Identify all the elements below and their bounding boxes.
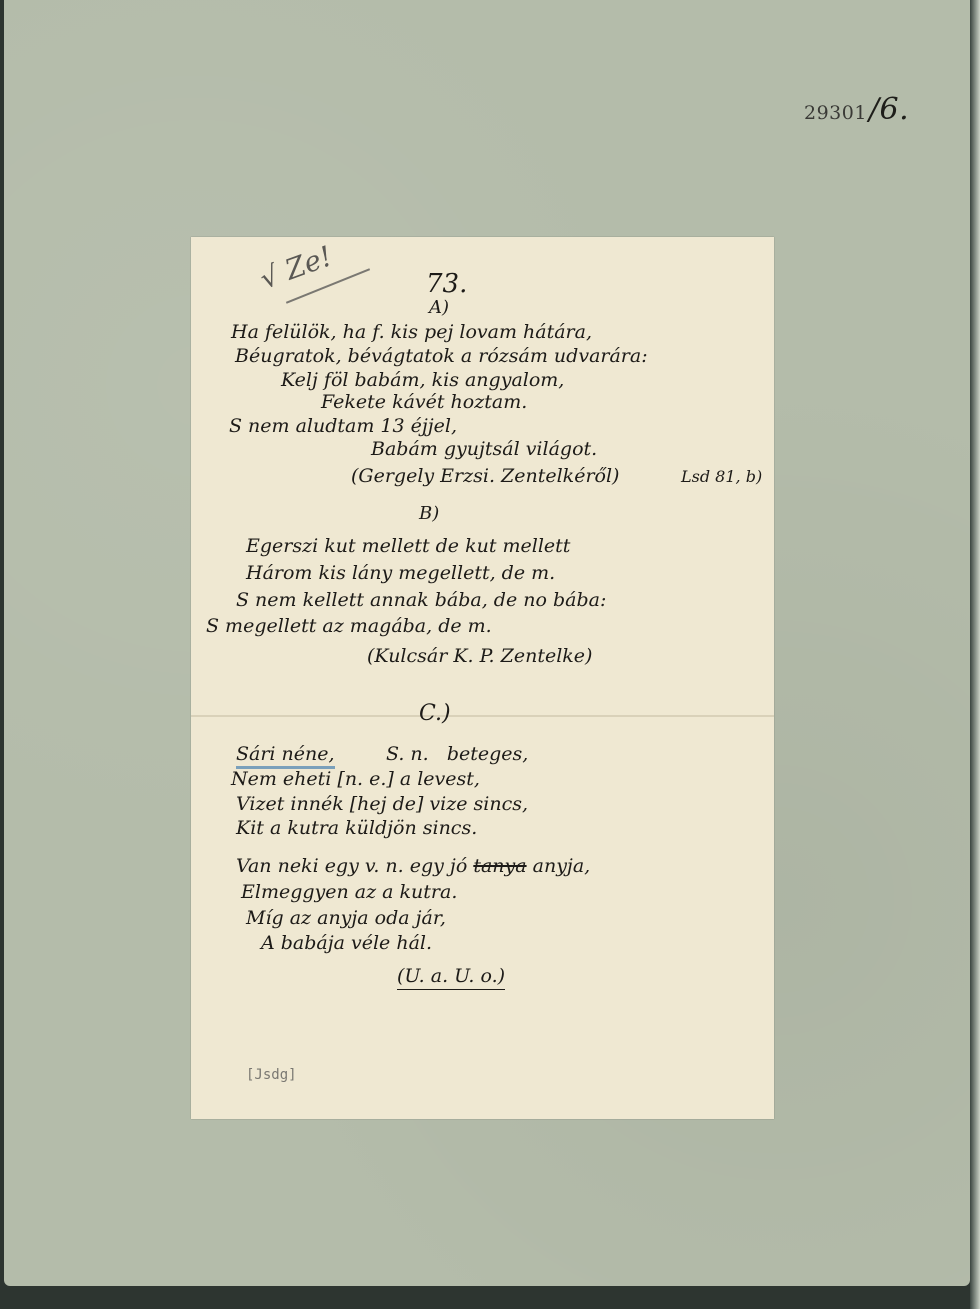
section-a-line-1: Ha felülök, ha f. kis pej lovam hátára, [231,323,592,342]
section-c-label: C.) [419,703,451,725]
section-c-line-7: Míg az anyja oda jár, [246,909,446,928]
section-a-line-2: Béugratok, bévágtatok a rózsám udvarára: [235,347,648,366]
blue-underlined-text: Sári néne, [236,743,335,769]
pencil-bracket-note: [Jsdg] [246,1067,297,1083]
section-c-line-5-before: Van neki egy v. n. egy jó [236,855,467,877]
section-c-line-4: Kit a kutra küldjön sincs. [236,819,477,838]
section-c-line-5-after: anyja, [533,855,591,877]
section-b-label: B) [419,505,439,523]
section-b-line-4: S megellett az magába, de m. [206,617,492,636]
manuscript-sheet: √ Ze! 73. A) Ha felülök, ha f. kis pej l… [191,237,774,1119]
section-a-source: (Gergely Erzsi. Zentelkéről) [351,467,619,486]
section-a-line-3: Kelj föl babám, kis angyalom, [281,371,564,390]
catalog-number: 29301/6. [804,92,909,127]
paper-fold-line [191,715,774,717]
section-a-reference: Lsd 81, b) [681,469,762,485]
section-c-source: (U. a. U. o.) [397,967,505,986]
section-b-line-3: S nem kellett annak bába, de no bába: [236,591,606,610]
section-c-line-8: A babája véle hál. [261,934,432,953]
section-b-source: (Kulcsár K. P. Zentelke) [367,647,592,666]
section-b-line-2: Három kis lány megellett, de m. [246,564,555,583]
song-number: 73. [426,271,467,297]
catalog-number-digits: 29301 [804,102,867,124]
section-c-line-5: Van neki egy v. n. egy jó tanya anyja, [236,857,590,876]
struck-out-word: tanya [473,855,526,877]
section-a-line-5: S nem aludtam 13 éjjel, [229,417,457,436]
scan-right-edge [970,0,980,1309]
section-a-label: A) [429,299,449,317]
section-a-line-6: Babám gyujtsál világot. [371,440,597,459]
section-b-line-1: Egerszi kut mellett de kut mellett [246,537,570,556]
section-a-line-4: Fekete kávét hoztam. [321,393,527,412]
section-c-line-1: Sári néne, [236,745,335,764]
section-c-source-text: (U. a. U. o.) [397,965,505,990]
section-c-line-3: Vizet innék [hej de] vize sincs, [236,795,528,814]
section-c-line-6: Elmeggyen az a kutra. [241,883,457,902]
archival-mount-board: 29301/6. √ Ze! 73. A) Ha felülök, ha f. … [4,0,970,1286]
section-c-line-2: Nem eheti [n. e.] a levest, [231,770,480,789]
catalog-number-suffix: /6. [869,92,909,127]
section-c-line-1-rest: S. n. beteges, [386,745,528,764]
